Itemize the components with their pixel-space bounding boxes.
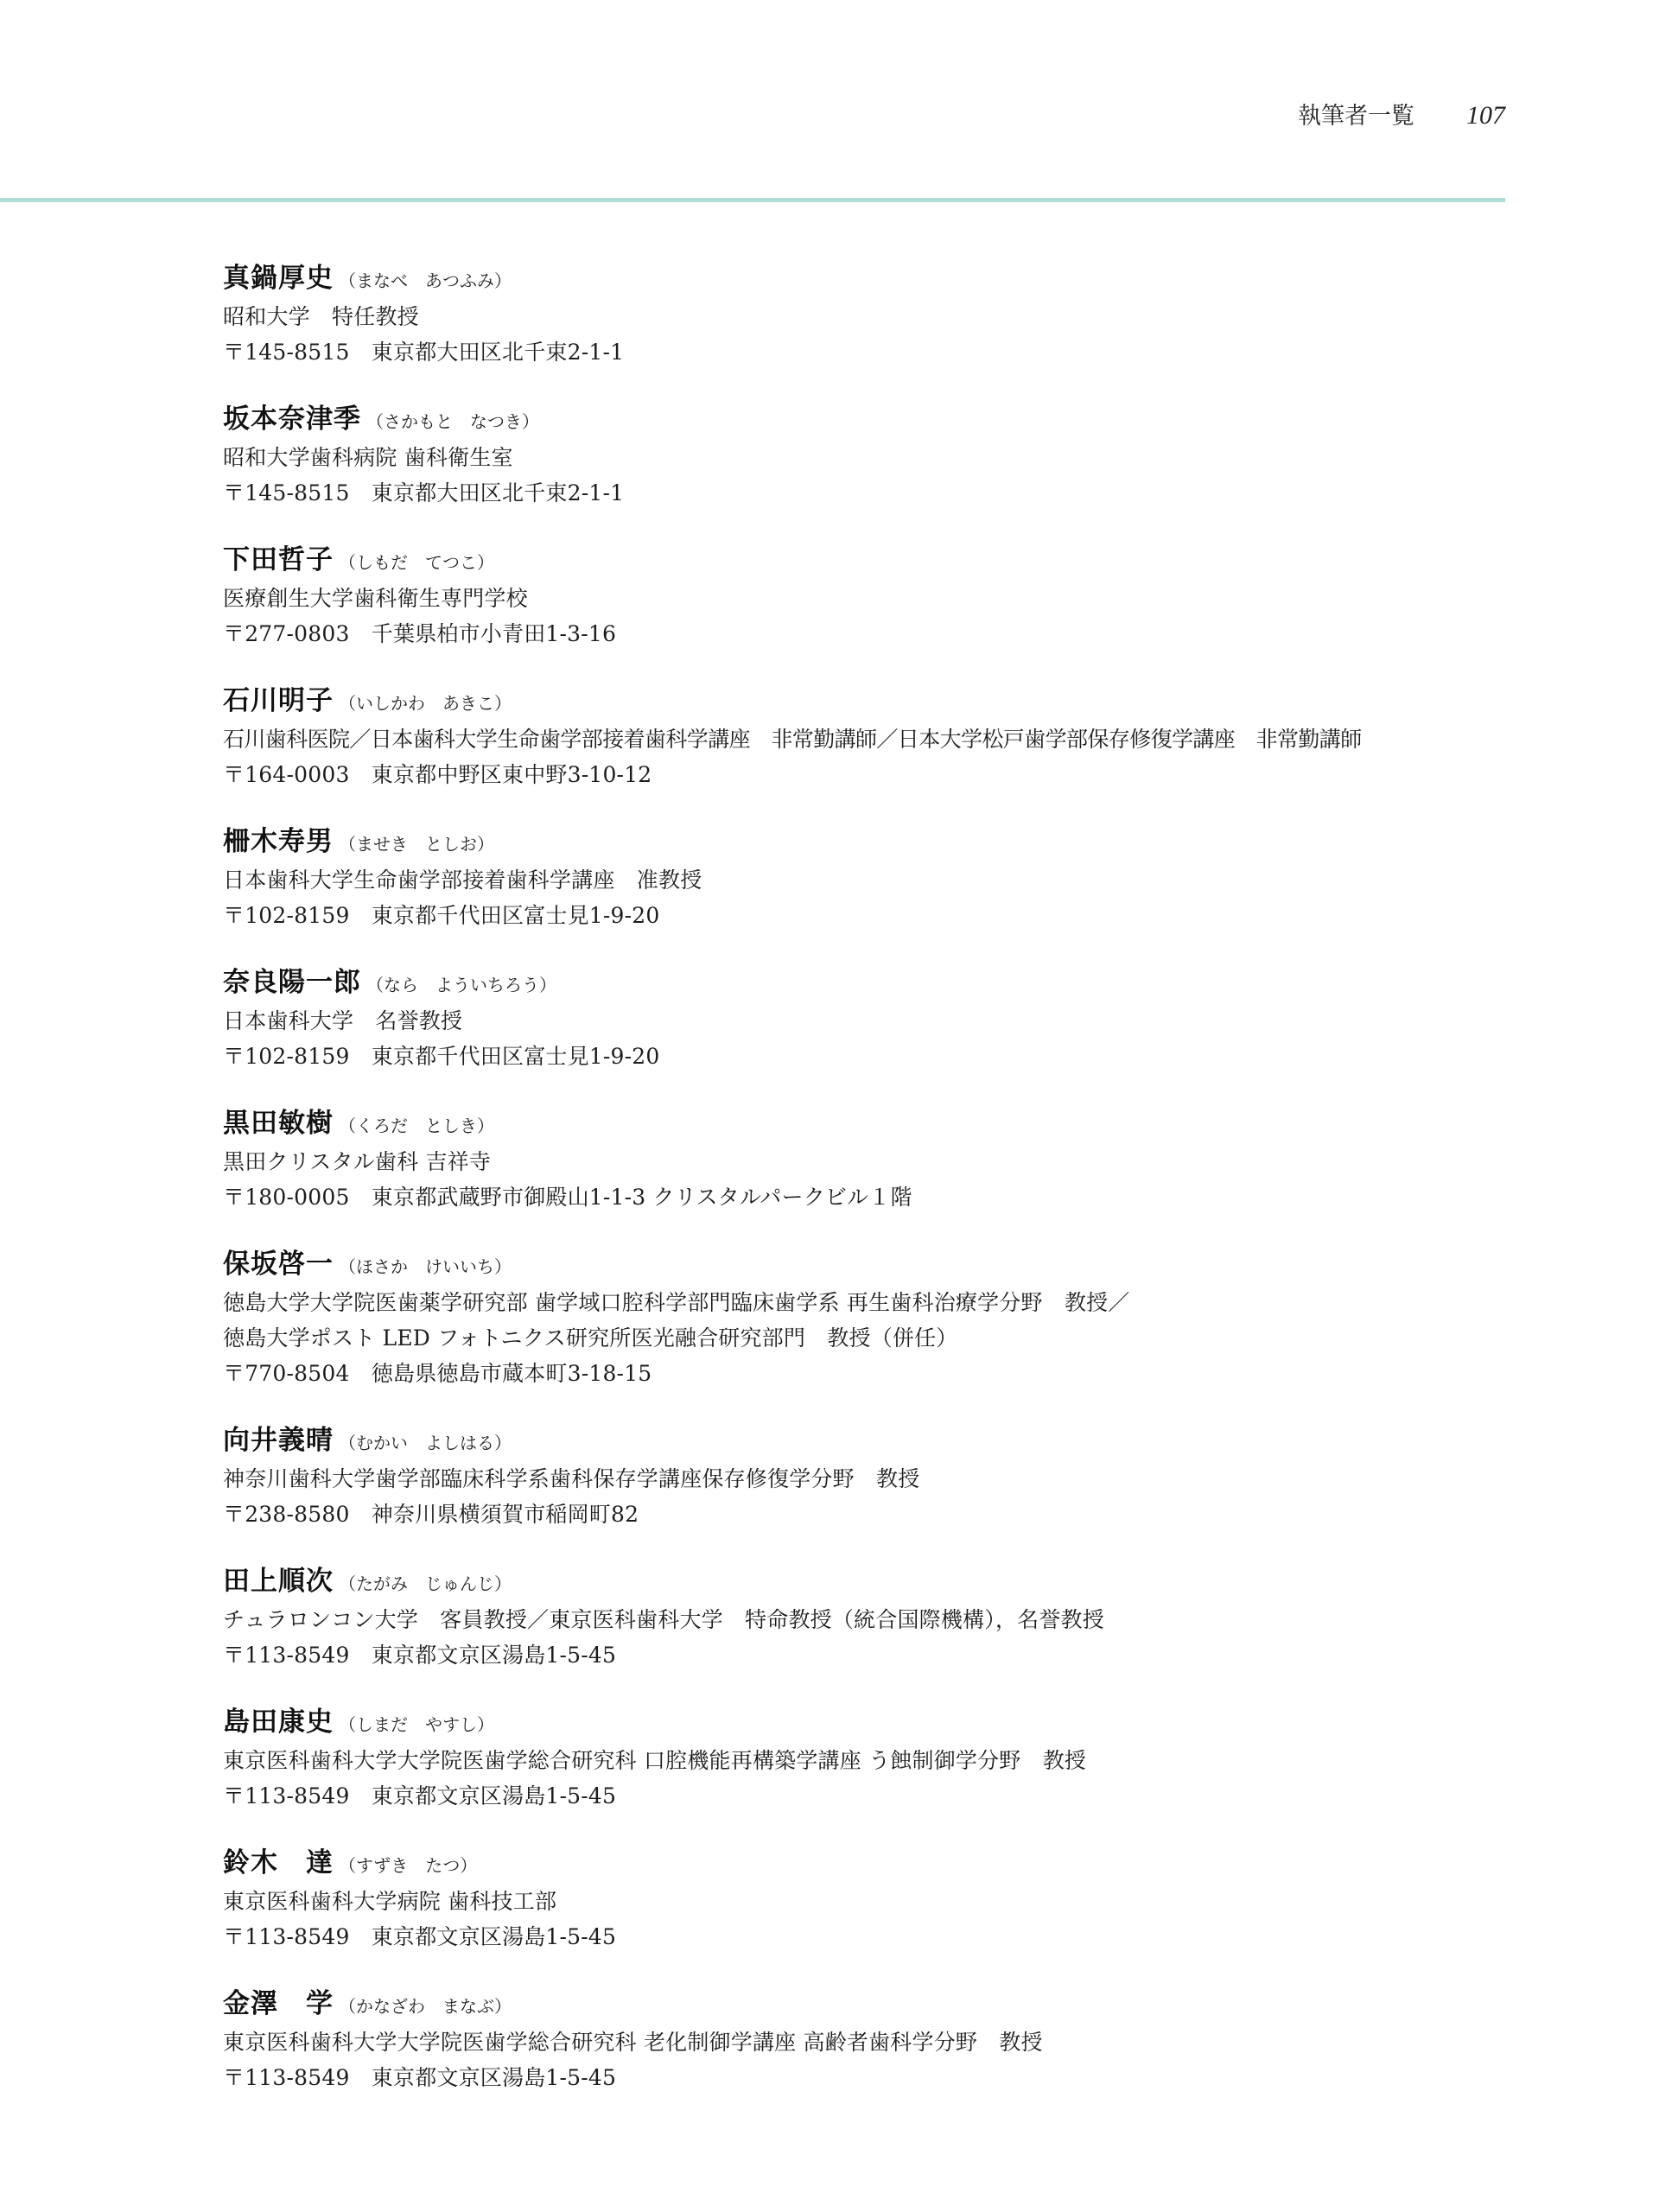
address: 〒180-0005 東京都武蔵野市御殿山1-1-3 クリスタルパークビル１階 (223, 1179, 1571, 1215)
address: 〒113-8549 東京都文京区湯島1-5-45 (223, 1637, 1571, 1673)
name-reading: （たがみ じゅんじ） (339, 1570, 512, 1595)
contributor-name: 鈴木 達 (223, 1840, 334, 1879)
contributor-entry: 保坂啓一 （ほさか けいいち） 徳島大学大学院医歯薬学研究部 歯学域口腔科学部門… (223, 1242, 1571, 1391)
name-reading: （ませき としお） (339, 830, 494, 855)
contributor-entry: 坂本奈津季 （さかもと なつき） 昭和大学歯科病院 歯科衛生室 〒145-851… (223, 397, 1571, 511)
name-line: 真鍋厚史 （まなべ あつふみ） (223, 256, 1571, 299)
contributor-list: 真鍋厚史 （まなべ あつふみ） 昭和大学 特任教授 〒145-8515 東京都大… (223, 256, 1571, 2122)
contributor-name: 坂本奈津季 (223, 397, 361, 435)
contributor-name: 石川明子 (223, 678, 334, 717)
contributor-name: 柵木寿男 (223, 819, 334, 858)
address: 〒145-8515 東京都大田区北千束2-1-1 (223, 334, 1571, 370)
affiliation: 日本歯科大学生命歯学部接着歯科学講座 准教授 (223, 862, 1571, 898)
address: 〒277-0803 千葉県柏市小青田1-3-16 (223, 616, 1571, 652)
name-reading: （いしかわ あきこ） (339, 690, 512, 715)
affiliation: チュラロンコン大学 客員教授／東京医科歯科大学 特命教授（統合国際機構），名誉教… (223, 1602, 1571, 1637)
contributor-entry: 石川明子 （いしかわ あきこ） 石川歯科医院／日本歯科大学生命歯学部接着歯科学講… (223, 678, 1571, 792)
affiliation: 東京医科歯科大学大学院医歯学総合研究科 老化制御学講座 高齢者歯科学分野 教授 (223, 2024, 1571, 2060)
name-reading: （しまだ やすし） (339, 1711, 494, 1736)
affiliation: 黒田クリスタル歯科 吉祥寺 (223, 1144, 1571, 1179)
contributor-entry: 真鍋厚史 （まなべ あつふみ） 昭和大学 特任教授 〒145-8515 東京都大… (223, 256, 1571, 370)
page-number: 107 (1466, 101, 1505, 130)
header-rule (0, 198, 1505, 202)
address: 〒102-8159 東京都千代田区富士見1-9-20 (223, 898, 1571, 933)
contributor-name: 金澤 学 (223, 1981, 334, 2020)
contributor-entry: 奈良陽一郎 （なら よういちろう） 日本歯科大学 名誉教授 〒102-8159 … (223, 960, 1571, 1074)
address: 〒164-0003 東京都中野区東中野3-10-12 (223, 757, 1571, 792)
name-reading: （まなべ あつふみ） (339, 267, 512, 292)
address: 〒145-8515 東京都大田区北千束2-1-1 (223, 475, 1571, 511)
address: 〒770-8504 徳島県徳島市蔵本町3-18-15 (223, 1356, 1571, 1391)
contributor-entry: 黒田敏樹 （くろだ としき） 黒田クリスタル歯科 吉祥寺 〒180-0005 東… (223, 1101, 1571, 1215)
contributor-entry: 下田哲子 （しもだ てつこ） 医療創生大学歯科衛生専門学校 〒277-0803 … (223, 537, 1571, 652)
contributor-name: 向井義晴 (223, 1418, 334, 1457)
address: 〒113-8549 東京都文京区湯島1-5-45 (223, 1778, 1571, 1814)
affiliation: 神奈川歯科大学歯学部臨床科学系歯科保存学講座保存修復学分野 教授 (223, 1461, 1571, 1497)
name-line: 下田哲子 （しもだ てつこ） (223, 537, 1571, 581)
address: 〒113-8549 東京都文京区湯島1-5-45 (223, 1919, 1571, 1955)
contributor-entry: 金澤 学 （かなざわ まなぶ） 東京医科歯科大学大学院医歯学総合研究科 老化制御… (223, 1981, 1571, 2095)
section-title: 執筆者一覧 (1298, 97, 1414, 130)
contributor-entry: 向井義晴 （むかい よしはる） 神奈川歯科大学歯学部臨床科学系歯科保存学講座保存… (223, 1418, 1571, 1532)
name-line: 金澤 学 （かなざわ まなぶ） (223, 1981, 1571, 2024)
contributor-name: 奈良陽一郎 (223, 960, 361, 999)
contributor-entry: 田上順次 （たがみ じゅんじ） チュラロンコン大学 客員教授／東京医科歯科大学 … (223, 1559, 1571, 1673)
name-line: 保坂啓一 （ほさか けいいち） (223, 1242, 1571, 1285)
name-line: 鈴木 達 （すずき たつ） (223, 1840, 1571, 1884)
name-line: 坂本奈津季 （さかもと なつき） (223, 397, 1571, 440)
affiliation: 昭和大学 特任教授 (223, 299, 1571, 334)
name-reading: （ほさか けいいち） (339, 1253, 512, 1278)
contributor-entry: 鈴木 達 （すずき たつ） 東京医科歯科大学病院 歯科技工部 〒113-8549… (223, 1840, 1571, 1955)
affiliation: 昭和大学歯科病院 歯科衛生室 (223, 440, 1571, 475)
contributor-name: 島田康史 (223, 1700, 334, 1738)
contributor-name: 真鍋厚史 (223, 256, 334, 295)
affiliation: 徳島大学ポスト LED フォトニクス研究所医光融合研究部門 教授（併任） (223, 1320, 1571, 1356)
affiliation: 石川歯科医院／日本歯科大学生命歯学部接着歯科学講座 非常勤講師／日本大学松戸歯学… (223, 721, 1571, 757)
name-line: 田上順次 （たがみ じゅんじ） (223, 1559, 1571, 1602)
address: 〒113-8549 東京都文京区湯島1-5-45 (223, 2060, 1571, 2095)
name-line: 向井義晴 （むかい よしはる） (223, 1418, 1571, 1461)
contributor-entry: 柵木寿男 （ませき としお） 日本歯科大学生命歯学部接着歯科学講座 准教授 〒1… (223, 819, 1571, 933)
name-reading: （なら よういちろう） (366, 971, 556, 996)
contributor-name: 下田哲子 (223, 537, 334, 576)
name-reading: （かなざわ まなぶ） (339, 1993, 512, 2018)
running-head: 執筆者一覧 107 (1298, 97, 1505, 130)
affiliation: 東京医科歯科大学大学院医歯学総合研究科 口腔機能再構築学講座 う蝕制御学分野 教… (223, 1743, 1571, 1778)
name-line: 島田康史 （しまだ やすし） (223, 1700, 1571, 1743)
affiliation: 徳島大学大学院医歯薬学研究部 歯学域口腔科学部門臨床歯学系 再生歯科治療学分野 … (223, 1285, 1571, 1320)
name-line: 黒田敏樹 （くろだ としき） (223, 1101, 1571, 1144)
affiliation: 医療創生大学歯科衛生専門学校 (223, 581, 1571, 616)
name-line: 奈良陽一郎 （なら よういちろう） (223, 960, 1571, 1003)
affiliation: 日本歯科大学 名誉教授 (223, 1003, 1571, 1039)
name-line: 柵木寿男 （ませき としお） (223, 819, 1571, 862)
address: 〒238-8580 神奈川県横須賀市稲岡町82 (223, 1497, 1571, 1532)
address: 〒102-8159 東京都千代田区富士見1-9-20 (223, 1039, 1571, 1074)
name-line: 石川明子 （いしかわ あきこ） (223, 678, 1571, 721)
name-reading: （さかもと なつき） (366, 408, 539, 433)
name-reading: （くろだ としき） (339, 1112, 494, 1137)
contributor-entry: 島田康史 （しまだ やすし） 東京医科歯科大学大学院医歯学総合研究科 口腔機能再… (223, 1700, 1571, 1814)
name-reading: （しもだ てつこ） (339, 549, 494, 574)
contributor-name: 黒田敏樹 (223, 1101, 334, 1140)
contributor-name: 田上順次 (223, 1559, 334, 1598)
affiliation: 東京医科歯科大学病院 歯科技工部 (223, 1884, 1571, 1919)
contributor-name: 保坂啓一 (223, 1242, 334, 1281)
name-reading: （むかい よしはる） (339, 1429, 512, 1454)
name-reading: （すずき たつ） (339, 1852, 477, 1877)
